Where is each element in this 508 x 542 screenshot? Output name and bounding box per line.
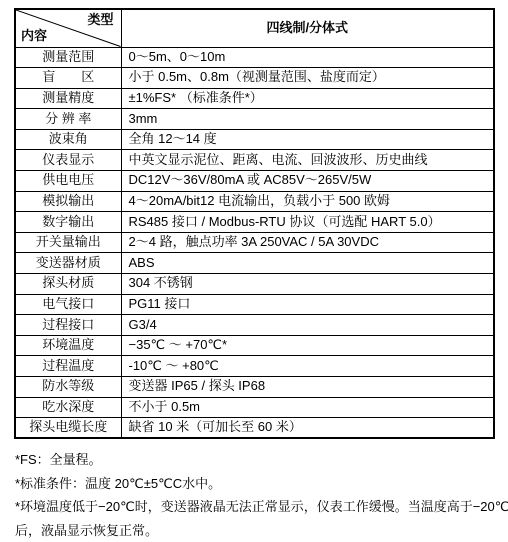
table-row: 测量范围 0～5m、0～10m bbox=[15, 47, 494, 68]
spec-label: 防水等级 bbox=[15, 377, 121, 398]
table-row: 吃水深度 不小于 0.5m bbox=[15, 397, 494, 418]
spec-label: 变送器材质 bbox=[15, 253, 121, 274]
spec-label: 过程温度 bbox=[15, 356, 121, 377]
spec-value: ABS bbox=[121, 253, 494, 274]
spec-label: 盲 区 bbox=[15, 68, 121, 89]
table-row: 模拟输出 4～20mA/bit12 电流输出，负载小于 500 欧姆 bbox=[15, 191, 494, 212]
spec-value: G3/4 bbox=[121, 315, 494, 336]
spec-value: PG11 接口 bbox=[121, 294, 494, 315]
spec-label: 测量范围 bbox=[15, 47, 121, 68]
spec-table-body: 测量范围 0～5m、0～10m 盲 区 小于 0.5m、0.8m（视测量范围、盐… bbox=[15, 47, 494, 438]
spec-label: 开关量输出 bbox=[15, 232, 121, 253]
column-header: 四线制/分体式 bbox=[121, 9, 494, 47]
footnote-line: *环境温度低于−20℃时，变送器液晶无法正常显示，仪表工作缓慢。当温度高于−20… bbox=[15, 495, 494, 519]
spec-label: 测量精度 bbox=[15, 88, 121, 109]
table-row: 盲 区 小于 0.5m、0.8m（视测量范围、盐度而定） bbox=[15, 68, 494, 89]
spec-value: -10℃ ～ +80℃ bbox=[121, 356, 494, 377]
spec-value: 全角 12～14 度 bbox=[121, 129, 494, 150]
spec-label: 吃水深度 bbox=[15, 397, 121, 418]
spec-value: 304 不锈钢 bbox=[121, 274, 494, 295]
corner-label-type: 类型 bbox=[87, 13, 113, 28]
table-row: 测量精度 ±1%FS* （标准条件*） bbox=[15, 88, 494, 109]
spec-value: 3mm bbox=[121, 109, 494, 130]
footnote-line: 后，液晶显示恢复正常。 bbox=[15, 519, 494, 542]
spec-label: 电气接口 bbox=[15, 294, 121, 315]
footnote-line: *标准条件：温度 20℃±5℃C水中。 bbox=[15, 472, 494, 496]
table-row: 过程温度 -10℃ ～ +80℃ bbox=[15, 356, 494, 377]
table-row: 仪表显示 中英文显示泥位、距离、电流、回波波形、历史曲线 bbox=[15, 150, 494, 171]
table-row: 变送器材质 ABS bbox=[15, 253, 494, 274]
footnotes: *FS：全量程。*标准条件：温度 20℃±5℃C水中。*环境温度低于−20℃时，… bbox=[14, 448, 494, 542]
footnote-line: *FS：全量程。 bbox=[15, 448, 494, 472]
table-row: 分 辨 率 3mm bbox=[15, 109, 494, 130]
spec-value: 变送器 IP65 / 探头 IP68 bbox=[121, 377, 494, 398]
spec-value: 缺省 10 米（可加长至 60 米） bbox=[121, 418, 494, 439]
spec-value: 2～4 路，触点功率 3A 250VAC / 5A 30VDC bbox=[121, 232, 494, 253]
spec-value: 不小于 0.5m bbox=[121, 397, 494, 418]
table-row: 电气接口 PG11 接口 bbox=[15, 294, 494, 315]
spec-label: 数字输出 bbox=[15, 212, 121, 233]
corner-label-content: 内容 bbox=[21, 29, 47, 44]
spec-value: 4～20mA/bit12 电流输出，负载小于 500 欧姆 bbox=[121, 191, 494, 212]
table-row: 过程接口 G3/4 bbox=[15, 315, 494, 336]
spec-value: ±1%FS* （标准条件*） bbox=[121, 88, 494, 109]
spec-label: 环境温度 bbox=[15, 335, 121, 356]
table-row: 探头材质 304 不锈钢 bbox=[15, 274, 494, 295]
spec-value: 小于 0.5m、0.8m（视测量范围、盐度而定） bbox=[121, 68, 494, 89]
spec-value: −35℃ ～ +70℃* bbox=[121, 335, 494, 356]
spec-label: 仪表显示 bbox=[15, 150, 121, 171]
spec-label: 探头材质 bbox=[15, 274, 121, 295]
spec-label: 供电电压 bbox=[15, 171, 121, 192]
header-row: 类型 内容 四线制/分体式 bbox=[15, 9, 494, 47]
table-row: 探头电缆长度 缺省 10 米（可加长至 60 米） bbox=[15, 418, 494, 439]
spec-value: 0～5m、0～10m bbox=[121, 47, 494, 68]
page: 类型 内容 四线制/分体式 测量范围 0～5m、0～10m 盲 区 小于 0.5… bbox=[0, 0, 508, 531]
table-row: 开关量输出 2～4 路，触点功率 3A 250VAC / 5A 30VDC bbox=[15, 232, 494, 253]
table-row: 防水等级 变送器 IP65 / 探头 IP68 bbox=[15, 377, 494, 398]
spec-label: 模拟输出 bbox=[15, 191, 121, 212]
corner-header-cell: 类型 内容 bbox=[15, 9, 121, 47]
table-row: 环境温度 −35℃ ～ +70℃* bbox=[15, 335, 494, 356]
spec-label: 探头电缆长度 bbox=[15, 418, 121, 439]
spec-value: DC12V～36V/80mA 或 AC85V～265V/5W bbox=[121, 171, 494, 192]
table-row: 数字输出 RS485 接口 / Modbus-RTU 协议（可选配 HART 5… bbox=[15, 212, 494, 233]
spec-value: RS485 接口 / Modbus-RTU 协议（可选配 HART 5.0） bbox=[121, 212, 494, 233]
spec-label: 波束角 bbox=[15, 129, 121, 150]
spec-value: 中英文显示泥位、距离、电流、回波波形、历史曲线 bbox=[121, 150, 494, 171]
spec-label: 分 辨 率 bbox=[15, 109, 121, 130]
spec-table: 类型 内容 四线制/分体式 测量范围 0～5m、0～10m 盲 区 小于 0.5… bbox=[14, 8, 495, 439]
spec-label: 过程接口 bbox=[15, 315, 121, 336]
table-row: 波束角 全角 12～14 度 bbox=[15, 129, 494, 150]
table-row: 供电电压 DC12V～36V/80mA 或 AC85V～265V/5W bbox=[15, 171, 494, 192]
